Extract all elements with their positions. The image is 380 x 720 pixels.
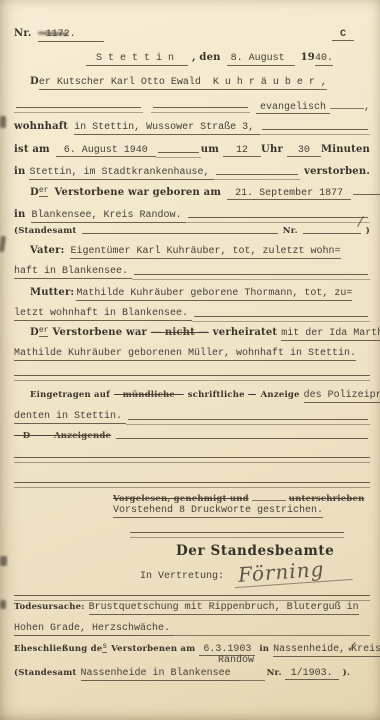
edge-mark (0, 556, 7, 566)
line-residence: wohnhaft in Stettin, Wussower Straße 3, (14, 121, 370, 137)
line-separator (14, 452, 370, 468)
printed-d: D (30, 76, 39, 87)
standesamt-label: (Standesamt (14, 668, 77, 678)
printed-d: D (30, 327, 39, 338)
strike-separator (14, 482, 370, 488)
line-record-number: Nr. 1172. C (14, 28, 370, 44)
nicht-struck: — nicht — (151, 327, 209, 338)
in-label: in (14, 209, 25, 220)
nr-label: Nr. (267, 668, 282, 678)
strike-fill (151, 99, 250, 115)
dateline-city: S t e t t i n (86, 53, 188, 66)
father-text-2: haft in Blankensee. (14, 266, 132, 279)
muendliche-struck: —mündliche— (114, 390, 184, 400)
line-death-place: in Stettin, im Stadtkrankenhause, versto… (14, 166, 370, 182)
death-hour: 12 (223, 145, 261, 157)
strike-fill (260, 121, 370, 137)
mother-label: Mutter: (30, 287, 74, 298)
marriage-place-2: Randow (218, 655, 254, 666)
line-deceased-name: D er Kutscher Karl Otto Ewald K u h r ä … (30, 76, 370, 92)
corner-letter: C (332, 29, 354, 41)
line-birth-date: D er Verstorbene war geboren am 21. Sept… (30, 187, 370, 203)
um-label: um (201, 144, 219, 155)
death-record-scan: / ✓ Nr. 1172. C S t e t t i n , den 8. A… (0, 0, 380, 720)
line-death-time: ist am 6. August 1940 um 12 Uhr 30 Minut… (14, 144, 370, 160)
in-label: in (14, 166, 25, 177)
unterschrieben-struck: unterschrieben (289, 494, 365, 504)
line-birth-registry: (Standesamt Nr. ) (14, 226, 370, 242)
correction-note: Vorstehend 8 Druckworte gestrichen. (113, 505, 323, 518)
minuten-label: Minuten (321, 144, 370, 155)
schriftliche-label: schriftliche — (188, 390, 257, 400)
cause-text-2: Hohen Grade, Herzschwäche. (14, 623, 174, 636)
father-label: Vater: (30, 245, 64, 256)
strike-separator (14, 595, 370, 601)
dateline-date: 8. August (227, 53, 295, 66)
line-dateline: S t e t t i n , den 8. August 19 40. (86, 52, 370, 68)
death-date: 6. August 1940 (56, 145, 156, 157)
line-marriage-registry: (Standesamt Nassenheide in Blankensee Nr… (14, 668, 370, 684)
death-minute: 30 (287, 145, 321, 157)
reporter-text-1: des Polizeipräsi= (304, 390, 380, 403)
blank-rule (330, 99, 364, 109)
dateline-den-label: , den (192, 52, 221, 63)
strike-fill (126, 411, 370, 427)
standesamt-label: (Standesamt (14, 226, 77, 236)
dateline-year-printed: 19 (301, 52, 315, 63)
birth-date: 21. September 1877 (227, 188, 351, 200)
cause-text-1: Brustquetschung mit Rippenbruch, Bluterg… (89, 602, 359, 615)
father-text-1: Eigentümer Karl Kuhräuber, tot, zuletzt … (70, 246, 340, 259)
todesursache-label: Todesursache: (14, 602, 85, 612)
eheschliessung-label-1: Eheschließung de (14, 644, 102, 654)
strike-separator (130, 532, 344, 538)
line-registration-2: denten in Stettin. (14, 411, 370, 427)
edge-mark (0, 236, 6, 253)
printed-d: D (30, 187, 39, 198)
strike-fill (301, 226, 363, 242)
religion-comma: , (364, 102, 370, 113)
line-father-1: Vater: Eigentümer Karl Kuhräuber, tot, z… (30, 245, 370, 261)
anzeigende-struck: —D—— Anzeigende (14, 431, 111, 441)
wohnhaft-label: wohnhaft (14, 121, 68, 132)
line-birth-place: in Blankensee, Kreis Randow. (14, 209, 370, 225)
spouse-text-2: Mathilde Kuhräuber geborenen Müller, woh… (14, 348, 356, 361)
was-label: Verstorbene war (52, 327, 146, 338)
blank-rule (239, 668, 265, 684)
line-religion: evangelisch , (14, 99, 370, 115)
verheiratet-label: verheiratet (213, 327, 277, 338)
eingetragen-label: Eingetragen auf (30, 390, 110, 400)
blank-rule (252, 491, 286, 501)
edge-mark (0, 116, 6, 128)
typed-s: s (102, 642, 107, 653)
line-anzeigende-struck: —D—— Anzeigende (14, 431, 370, 447)
nr-label: Nr. (283, 226, 298, 236)
dateline-year-typed: 40. (315, 53, 333, 66)
residence-value: in Stettin, Wussower Straße 3, (74, 122, 260, 135)
strike-fill (214, 166, 301, 182)
record-nr-value: 1172. (38, 29, 104, 42)
line-separator (14, 370, 370, 386)
close-paren: ) (366, 226, 370, 236)
uhr-label: Uhr (261, 144, 283, 155)
vorgelesen-struck: Vorgelesen, genehmigt und (113, 494, 249, 504)
line-cause-2: Hohen Grade, Herzschwäche. (14, 623, 370, 639)
in-label: in (259, 644, 269, 654)
strike-fill (14, 99, 143, 115)
strike-fill (192, 308, 370, 324)
line-cause-1: Todesursache: Brustquetschung mit Rippen… (14, 602, 370, 618)
blank-rule (174, 623, 370, 639)
line-registration-1: Eingetragen auf —mündliche— schriftliche… (30, 390, 370, 406)
deceased-name: er Kutscher Karl Otto Ewald K u h r ä u … (39, 77, 327, 90)
strike-fill (114, 431, 370, 447)
typed-er: er (39, 186, 49, 197)
line-father-2: haft in Blankensee. (14, 266, 370, 282)
reporter-text-2: denten in Stettin. (14, 411, 126, 424)
birth-place: Blankensee, Kreis Randow. (31, 210, 185, 223)
death-place: Stettin, im Stadtkrankenhause, (29, 167, 213, 180)
strike-separator (14, 457, 370, 463)
line-marriage-1: D er Verstorbene war — nicht — verheirat… (30, 327, 370, 343)
standesamt-value: Nassenheide in Blankensee (81, 668, 239, 681)
line-mother-2: letzt wohnhaft in Blankensee. (14, 308, 370, 324)
ist-am-label: ist am (14, 144, 50, 155)
strike-fill (132, 266, 370, 282)
eheschliessung-label-2: Verstorbenen am (111, 644, 195, 654)
close-paren: ). (343, 668, 350, 678)
line-correction-note: Vorstehend 8 Druckworte gestrichen. (113, 505, 370, 521)
born-label: Verstorbene war geboren am (54, 187, 221, 198)
strike-fill (186, 209, 370, 225)
typed-er: er (39, 326, 49, 337)
edge-mark (0, 600, 6, 609)
spouse-text-1: mit der Ida Martha — (281, 328, 380, 341)
mother-text-1: Mathilde Kuhräuber geborene Thormann, to… (76, 288, 352, 301)
officer-title: Der Standesbeamte (176, 543, 334, 559)
strike-fill (80, 226, 280, 242)
nr-value: 1/1903. (285, 668, 339, 680)
strike-fill (156, 144, 201, 160)
line-mother-1: Mutter: Mathilde Kuhräuber geborene Thor… (30, 287, 370, 303)
line-marriage-2: Mathilde Kuhräuber geborenen Müller, woh… (14, 348, 370, 364)
in-vertretung-label: In Vertretung: (140, 571, 224, 582)
religion-value: evangelisch (256, 102, 330, 114)
mother-text-2: letzt wohnhaft in Blankensee. (14, 308, 192, 321)
anzeige-label: Anzeige (261, 390, 300, 400)
line-separator (130, 527, 344, 543)
strike-separator (14, 375, 370, 381)
record-nr-label: Nr. (14, 28, 32, 39)
strike-fill (351, 187, 380, 203)
verstorben-label: verstorben. (304, 166, 370, 177)
